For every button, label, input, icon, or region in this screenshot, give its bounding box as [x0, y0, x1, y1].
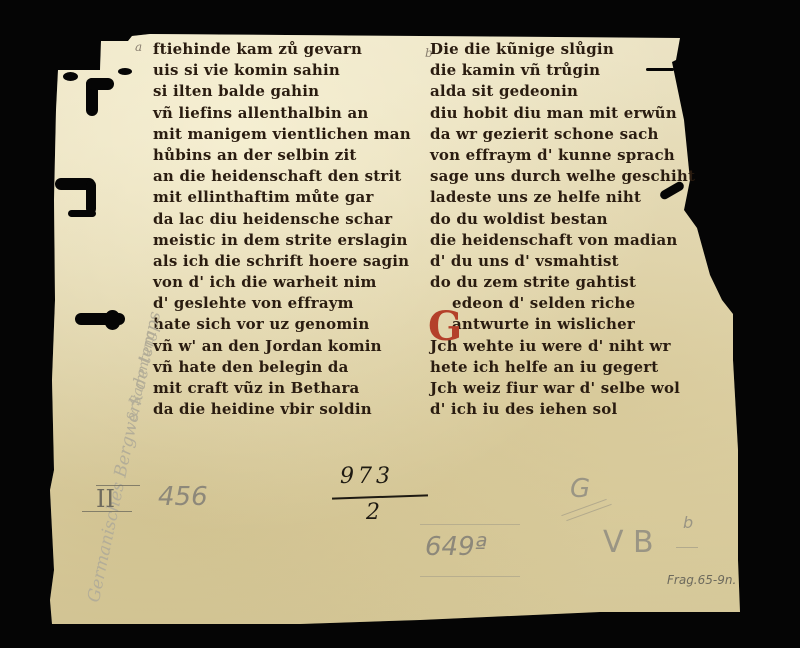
verse-line: vñ hate den belegin da	[153, 357, 411, 378]
pencil-rule	[420, 524, 520, 525]
verse-line: vñ w' an den Jordan komin	[153, 336, 411, 357]
verse-line: da wr gezierit schone sach	[430, 124, 695, 145]
verse-line: d' geslehte von effraym	[153, 293, 411, 314]
pencil-section: V B	[603, 525, 654, 560]
verse-line: ftiehinde kam zů gevarn	[153, 39, 411, 60]
verse-line: d' du uns d' vsmahtist	[430, 251, 695, 272]
overline	[96, 485, 140, 486]
verse-line: alda sit gedeonin	[430, 81, 695, 102]
verse-line: meistic in dem strite erslagin	[153, 230, 411, 251]
verse-line: von d' ich die warheit nim	[153, 272, 411, 293]
underline	[82, 511, 132, 512]
verse-line: Jch wehte iu were d' niht wr	[430, 336, 695, 357]
verse-line: da lac diu heidensche schar	[153, 209, 411, 230]
damage-hole	[86, 78, 114, 90]
verse-line: Jch weiz fiur war d' selbe wol	[430, 378, 695, 399]
pencil-folio: 649ª	[425, 532, 487, 562]
verse-line: als ich die schrift hoere sagin	[153, 251, 411, 272]
verse-line: ladeste uns ze helfe niht	[430, 187, 695, 208]
verse-line: do du woldist bestan	[430, 209, 695, 230]
verse-line: Die die kũnige slůgin	[430, 39, 695, 60]
verse-line: hůbins an der selbin zit	[153, 145, 411, 166]
damage-hole	[63, 72, 78, 81]
verse-line: die kamin vñ trůgin	[430, 60, 695, 81]
verse-line: diu hobit diu man mit erwũn	[430, 103, 695, 124]
pencil-number: 456	[158, 482, 208, 512]
verse-line: an die heidenschaft den strit	[153, 166, 411, 187]
verse-line: edeon d' selden riche	[430, 293, 695, 314]
pencil-fragment-reference: Frag.65-9n.	[667, 573, 736, 587]
verse-line: mit ellinthaftim můte gar	[153, 187, 411, 208]
verse-line: mit craft vũz in Bethara	[153, 378, 411, 399]
verse-line: antwurte in wislicher	[430, 314, 695, 335]
verse-line: do du zem strite gahtist	[430, 272, 695, 293]
verse-line: von effraym d' kunne sprach	[430, 145, 695, 166]
damage-hole	[86, 180, 96, 214]
damage-hole	[105, 310, 120, 330]
pencil-superscript: b	[683, 513, 693, 532]
verse-line: si ilten balde gahin	[153, 81, 411, 102]
verse-line: hete ich helfe an iu gegert	[430, 357, 695, 378]
damage-hole	[68, 210, 96, 217]
underline	[676, 547, 698, 548]
verse-line: mit manigem vientlichen man	[153, 124, 411, 145]
pencil-letter: G	[570, 474, 590, 504]
text-column-b: Die die kũnige slůgin die kamin vñ trůgi…	[430, 39, 695, 420]
verse-line: sage uns durch welhe geschiht	[430, 166, 695, 187]
manuscript-leaf: a b ftiehinde kam zů gevarn uis si vie k…	[0, 0, 800, 648]
text-column-a: ftiehinde kam zů gevarn uis si vie komin…	[153, 39, 411, 420]
verse-line: vñ liefins allenthalbin an	[153, 103, 411, 124]
verse-line: die heidenschaft von madian	[430, 230, 695, 251]
verse-line: uis si vie komin sahin	[153, 60, 411, 81]
verse-line: d' ich iu des iehen sol	[430, 399, 695, 420]
verse-line: da die heidine vbir soldin	[153, 399, 411, 420]
column-marker-a: a	[135, 40, 142, 54]
shelfmark-numerator: 973	[340, 464, 394, 489]
shelfmark-denominator: 2	[366, 500, 380, 525]
pencil-roman-numeral: II	[96, 485, 115, 513]
rubricated-initial: G	[428, 307, 462, 347]
damage-hole	[118, 68, 132, 75]
pencil-rule	[420, 576, 520, 577]
verse-line: hate sich vor uz genomin	[153, 314, 411, 335]
